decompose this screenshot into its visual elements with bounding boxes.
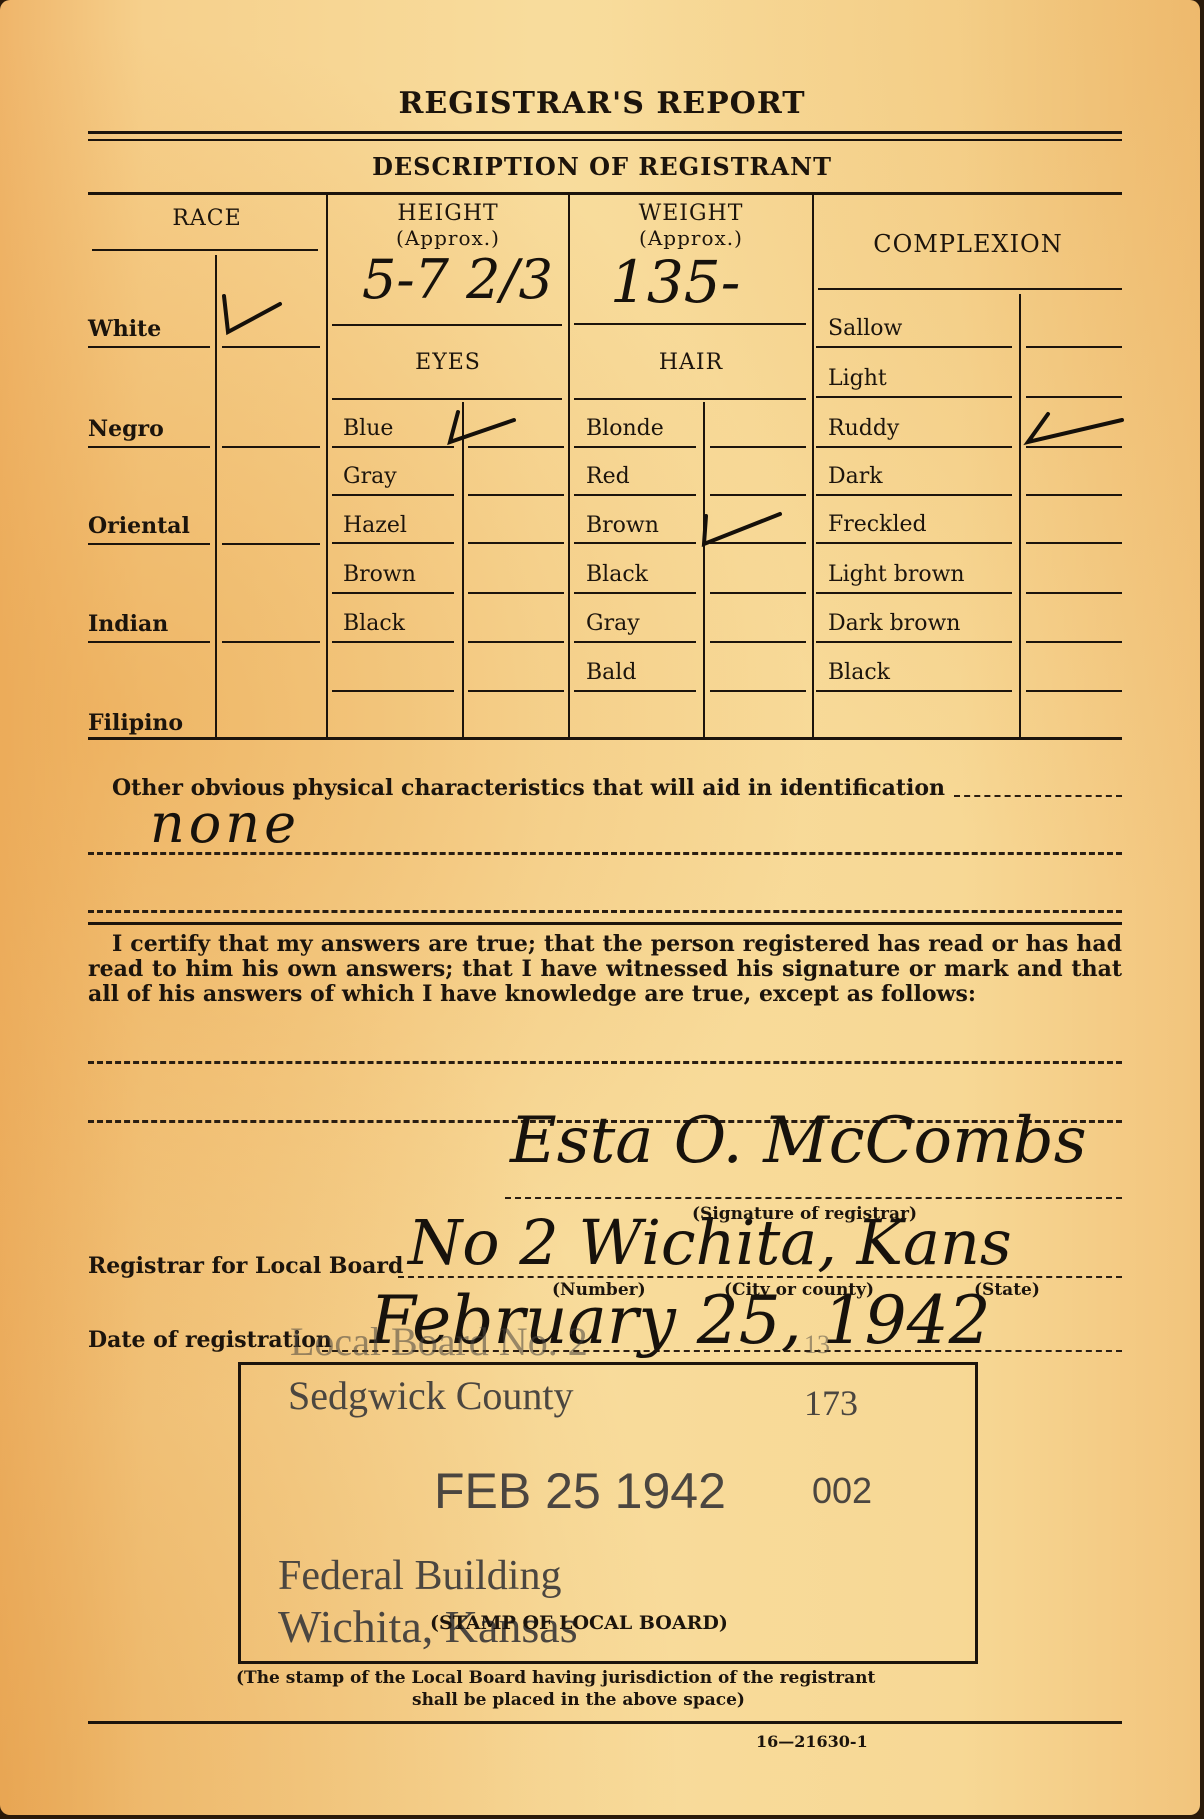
section-title: DESCRIPTION OF REGISTRANT <box>0 152 1204 181</box>
height-rule <box>332 324 562 326</box>
weight-value: 135- <box>610 248 740 316</box>
stamp-address-line1: Federal Building <box>278 1552 561 1600</box>
race-option-oriental: Oriental <box>88 513 190 539</box>
row-rule <box>222 446 320 448</box>
col-divider-weight <box>812 194 814 737</box>
row-rule <box>1026 542 1122 544</box>
complexion-check-divider <box>1019 294 1021 737</box>
stamp-county: Sedgwick County <box>288 1372 574 1419</box>
section-rule <box>88 922 1122 925</box>
row-rule <box>468 494 564 496</box>
registrar-signature: Esta O. McCombs <box>510 1104 1087 1178</box>
eyes-option-black: Black <box>343 611 405 636</box>
other-line-1 <box>88 852 1122 855</box>
eyes-blue-checkmark-icon <box>446 408 518 448</box>
row-rule <box>222 346 320 348</box>
complexion-option-black: Black <box>828 660 890 685</box>
row-rule <box>332 494 454 496</box>
complexion-option-freckled: Freckled <box>828 512 927 537</box>
hair-heading-rule <box>574 398 806 400</box>
row-rule <box>816 446 1012 448</box>
race-heading: RACE <box>88 206 326 231</box>
col-divider-race <box>326 194 328 737</box>
row-rule <box>816 542 1012 544</box>
complexion-heading: COMPLEXION <box>814 230 1122 258</box>
complexion-option-light-brown: Light brown <box>828 562 965 587</box>
table-top-rule <box>88 192 1122 195</box>
eyes-option-blue: Blue <box>343 416 393 441</box>
height-heading-label: HEIGHT <box>328 202 568 226</box>
height-approx-label: (Approx.) <box>328 226 568 250</box>
footer-rule <box>88 1721 1122 1724</box>
stamp-overprint: Local Board No. 2 <box>290 1318 588 1365</box>
stamp-serial: 002 <box>812 1470 872 1512</box>
row-rule <box>88 346 210 348</box>
complexion-heading-rule <box>818 288 1122 290</box>
row-rule <box>710 494 806 496</box>
hair-option-red: Red <box>586 464 630 489</box>
col-divider-height <box>568 194 570 737</box>
other-characteristics-leader <box>954 795 1122 797</box>
row-rule <box>816 346 1012 348</box>
row-rule <box>1026 690 1122 692</box>
complexion-option-sallow: Sallow <box>828 316 902 341</box>
title-rule-bottom <box>88 139 1122 141</box>
row-rule <box>332 446 454 448</box>
race-option-filipino: Filipino <box>88 710 183 736</box>
row-rule <box>574 494 696 496</box>
eyes-heading-rule <box>332 398 562 400</box>
race-option-white: White <box>88 316 161 342</box>
exception-line-1 <box>88 1061 1122 1064</box>
form-number: 16—21630-1 <box>756 1732 868 1751</box>
race-white-checkmark-icon <box>218 290 284 338</box>
race-heading-rule <box>92 249 318 251</box>
weight-heading: WEIGHT (Approx.) <box>570 202 812 250</box>
row-rule <box>816 396 1012 398</box>
row-rule <box>574 592 696 594</box>
row-rule <box>88 543 210 545</box>
weight-rule <box>574 323 806 325</box>
eyes-check-divider <box>462 402 464 737</box>
race-option-indian: Indian <box>88 611 168 637</box>
eyes-option-hazel: Hazel <box>343 513 407 538</box>
stamp-overprint-number: 13 <box>804 1330 830 1360</box>
row-rule <box>816 494 1012 496</box>
row-rule <box>468 690 564 692</box>
local-board-label: Registrar for Local Board <box>88 1254 403 1279</box>
table-bottom-rule <box>88 737 1122 740</box>
hair-option-bald: Bald <box>586 660 636 685</box>
complexion-ruddy-checkmark-icon <box>1022 408 1126 448</box>
eyes-option-brown: Brown <box>343 562 416 587</box>
row-rule <box>816 641 1012 643</box>
row-rule <box>1026 592 1122 594</box>
row-rule <box>816 690 1012 692</box>
race-option-negro: Negro <box>88 416 164 442</box>
row-rule <box>1026 494 1122 496</box>
hair-option-gray: Gray <box>586 611 640 636</box>
row-rule <box>88 446 210 448</box>
row-rule <box>1026 396 1122 398</box>
hair-option-brown: Brown <box>586 513 659 538</box>
stamp-caption: (STAMP OF LOCAL BOARD) <box>430 1612 728 1634</box>
row-rule <box>332 641 454 643</box>
row-rule <box>332 690 454 692</box>
complexion-option-ruddy: Ruddy <box>828 416 899 441</box>
height-heading: HEIGHT (Approx.) <box>328 202 568 250</box>
row-rule <box>816 592 1012 594</box>
row-rule <box>574 542 696 544</box>
hair-option-black: Black <box>586 562 648 587</box>
instructions-line-1: (The stamp of the Local Board having jur… <box>236 1668 875 1688</box>
row-rule <box>222 641 320 643</box>
row-rule <box>468 592 564 594</box>
height-value: 5-7 2/3 <box>362 248 553 311</box>
stamp-date: FEB 25 1942 <box>434 1462 726 1520</box>
row-rule <box>468 641 564 643</box>
row-rule <box>574 690 696 692</box>
hair-brown-checkmark-icon <box>700 508 784 548</box>
stamp-county-number: 173 <box>804 1382 858 1424</box>
row-rule <box>88 641 210 643</box>
row-rule <box>222 543 320 545</box>
other-line-2 <box>88 910 1122 913</box>
row-rule <box>710 592 806 594</box>
row-rule <box>710 641 806 643</box>
eyes-heading: EYES <box>328 350 568 375</box>
complexion-option-dark-brown: Dark brown <box>828 611 960 636</box>
row-rule <box>332 592 454 594</box>
eyes-option-gray: Gray <box>343 464 397 489</box>
local-board-value: No 2 Wichita, Kans <box>408 1206 1012 1279</box>
row-rule <box>710 446 806 448</box>
row-rule <box>574 641 696 643</box>
hair-option-blonde: Blonde <box>586 416 664 441</box>
complexion-option-dark: Dark <box>828 464 883 489</box>
weight-heading-label: WEIGHT <box>570 202 812 226</box>
row-rule <box>574 446 696 448</box>
registrars-report-card: REGISTRAR'S REPORT DESCRIPTION OF REGIST… <box>0 0 1200 1815</box>
row-rule <box>1026 641 1122 643</box>
hair-heading: HAIR <box>570 350 812 375</box>
signature-line <box>505 1197 1122 1199</box>
page-title: REGISTRAR'S REPORT <box>0 86 1204 121</box>
weight-approx-label: (Approx.) <box>570 226 812 250</box>
row-rule <box>468 542 564 544</box>
row-rule <box>332 542 454 544</box>
certification-text: I certify that my answers are true; that… <box>88 932 1122 1007</box>
complexion-option-light: Light <box>828 366 887 391</box>
instructions-line-2: shall be placed in the above space) <box>412 1690 745 1710</box>
other-characteristics-value: none <box>150 792 300 855</box>
title-rule-top <box>88 131 1122 134</box>
race-check-divider <box>215 255 217 737</box>
row-rule <box>1026 346 1122 348</box>
row-rule <box>710 690 806 692</box>
hair-check-divider <box>703 402 705 737</box>
